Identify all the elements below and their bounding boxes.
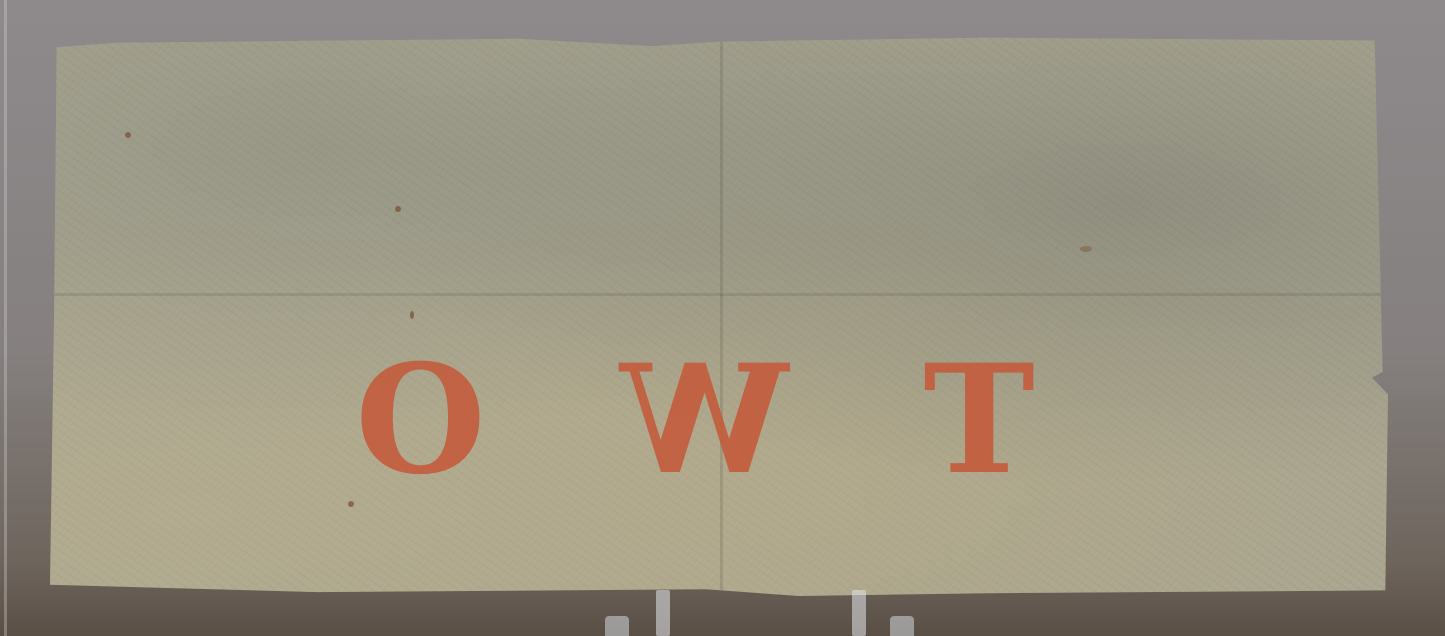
banknote — [50, 36, 1388, 596]
stain — [1080, 246, 1092, 252]
horizontal-fold-line — [50, 293, 1388, 296]
stand-clip-left — [656, 590, 670, 636]
stain — [348, 501, 354, 507]
stain — [125, 132, 131, 138]
letter-t: T — [923, 345, 1035, 495]
letter-w: W — [620, 345, 788, 495]
letter-o: O — [355, 345, 486, 495]
mirrored-denomination-word: T W O — [355, 340, 1035, 500]
acrylic-holder-edge — [4, 0, 7, 636]
vertical-fold-line — [720, 36, 723, 596]
stain — [395, 206, 401, 212]
stand-foot-left — [605, 616, 629, 636]
stand-clip-right — [852, 590, 866, 636]
stand-foot-right — [890, 616, 914, 636]
stain — [410, 311, 414, 319]
